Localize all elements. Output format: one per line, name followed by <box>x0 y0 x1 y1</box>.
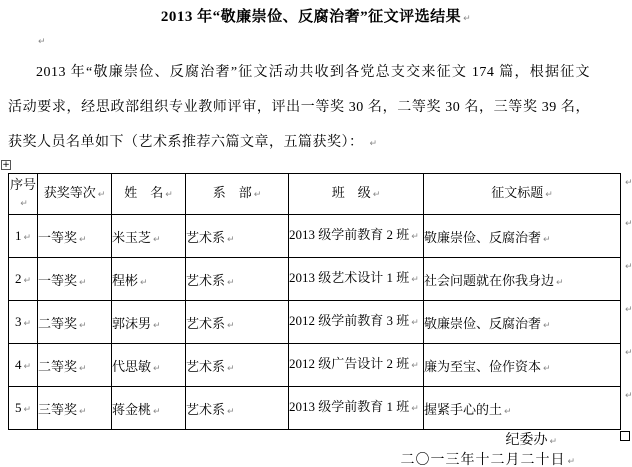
footer: 纪委办↵ 二〇一三年十二月二十日↵ <box>0 432 632 467</box>
cell-end-mark: ↵ <box>79 321 87 331</box>
cell-text: 二等奖 <box>38 359 77 374</box>
cell-text: 2013 级艺术设计 1 班 <box>289 270 409 285</box>
cell-seq: 5↵ <box>9 387 38 430</box>
table-header-row: 序号↵ 获奖等次↵ 姓 名↵ 系 部↵ 班 级↵ 征文标题↵ <box>9 174 621 215</box>
cell-essay-title: 握紧手心的土↵ <box>424 387 621 430</box>
header-cell-seq: 序号↵ <box>9 174 38 215</box>
row-end-mark: ↵ <box>625 178 632 188</box>
paragraph-mark: ↵ <box>463 14 471 24</box>
cell-essay-title: 廉为至宝、俭作资本↵ <box>424 344 621 387</box>
cell-end-mark: ↵ <box>23 319 31 329</box>
cell-text: 米玉芝 <box>112 230 151 245</box>
cell-end-mark: ↵ <box>79 364 87 374</box>
cell-end-mark: ↵ <box>543 321 551 331</box>
document-page: 2013 年“敬廉崇俭、反腐治奢”征文评选结果↵ ↵ 2013 年“敬廉崇俭、反… <box>0 0 632 467</box>
cell-end-mark: ↵ <box>23 405 31 415</box>
cell-text: 二等奖 <box>38 316 77 331</box>
cell-end-mark: ↵ <box>23 362 31 372</box>
cell-name: 米玉芝↵ <box>112 215 186 258</box>
cell-end-mark: ↵ <box>153 364 161 374</box>
cell-text: 艺术系 <box>186 230 225 245</box>
cell-end-mark: ↵ <box>556 278 564 288</box>
row-end-mark: ↵ <box>625 305 632 315</box>
cell-seq: 1↵ <box>9 215 38 258</box>
paragraph-line-3: 获奖人员名单如下（艺术系推荐六篇文章，五篇获奖）： ↵ <box>8 125 590 160</box>
cell-end-mark: ↵ <box>79 407 87 417</box>
intro-paragraph: 2013 年“敬廉崇俭、反腐治奢”征文活动共收到各党总支交来征文 174 篇，根… <box>8 55 590 160</box>
cell-text: 2 <box>15 271 22 286</box>
cell-class: 2012 级学前教育 3 班↵ <box>289 301 424 344</box>
cell-text: 2012 级广告设计 2 班 <box>289 356 409 371</box>
cell-end-mark: ↵ <box>23 233 31 243</box>
table-row: 1↵一等奖↵米玉芝↵艺术系↵2013 级学前教育 2 班↵敬廉崇俭、反腐治奢↵ <box>9 215 621 258</box>
cell-text: 社会问题就在你我身边 <box>424 273 554 288</box>
paragraph-line-2: 活动要求，经思政部组织专业教师评审，评出一等奖 30 名，二等奖 30 名，三等… <box>8 90 590 125</box>
paragraph-mark: ↵ <box>370 139 378 149</box>
cell-text: 一等奖 <box>38 273 77 288</box>
cell-essay-title: 社会问题就在你我身边↵ <box>424 258 621 301</box>
results-table: 序号↵ 获奖等次↵ 姓 名↵ 系 部↵ 班 级↵ 征文标题↵ 1↵一等奖↵米玉芝… <box>8 173 621 430</box>
cell-text: 艺术系 <box>186 273 225 288</box>
cell-end-mark: ↵ <box>411 404 419 414</box>
table-resize-handle[interactable] <box>620 431 630 441</box>
paragraph-line-3-text: 获奖人员名单如下（艺术系推荐六篇文章，五篇获奖）： <box>8 135 364 150</box>
cell-text: 程彬 <box>112 273 138 288</box>
cell-essay-title: 敬廉崇俭、反腐治奢↵ <box>424 215 621 258</box>
cell-end-mark: ↵ <box>79 278 87 288</box>
cell-text: 1 <box>15 228 22 243</box>
cell-class: 2013 级艺术设计 1 班↵ <box>289 258 424 301</box>
cell-end-mark: ↵ <box>153 407 161 417</box>
table-move-handle-icon[interactable]: + <box>1 160 11 170</box>
row-end-mark: ↵ <box>625 262 632 272</box>
cell-end-mark: ↵ <box>411 232 419 242</box>
cell-text: 郭沫男 <box>112 316 151 331</box>
row-end-mark: ↵ <box>625 391 632 401</box>
cell-department: 艺术系↵ <box>186 215 289 258</box>
cell-end-mark: ↵ <box>543 364 551 374</box>
document-title: 2013 年“敬廉崇俭、反腐治奢”征文评选结果↵ <box>0 0 632 29</box>
table-row: 5↵三等奖↵蒋金桃↵艺术系↵2013 级学前教育 1 班↵握紧手心的土↵ <box>9 387 621 430</box>
cell-text: 2013 级学前教育 1 班 <box>289 399 409 414</box>
table-row: 2↵一等奖↵程彬↵艺术系↵2013 级艺术设计 1 班↵社会问题就在你我身边↵ <box>9 258 621 301</box>
cell-end-mark: ↵ <box>227 278 235 288</box>
document-title-text: 2013 年“敬廉崇俭、反腐治奢”征文评选结果 <box>161 9 461 25</box>
cell-name: 程彬↵ <box>112 258 186 301</box>
results-table-container: + 序号↵ 获奖等次↵ 姓 名↵ 系 部↵ 班 级↵ 征文标题↵ 1↵一等奖↵米… <box>8 173 620 430</box>
cell-text: 2012 级学前教育 3 班 <box>289 313 409 328</box>
cell-end-mark: ↵ <box>165 190 173 200</box>
cell-end-mark: ↵ <box>504 407 512 417</box>
cell-end-mark: ↵ <box>227 364 235 374</box>
cell-class: 2013 级学前教育 1 班↵ <box>289 387 424 430</box>
signature-line: 纪委办↵ <box>0 432 557 451</box>
paragraph-mark: ↵ <box>549 437 557 447</box>
cell-end-mark: ↵ <box>227 321 235 331</box>
cell-text: 艺术系 <box>186 402 225 417</box>
cell-text: 3 <box>15 314 22 329</box>
row-end-mark: ↵ <box>625 219 632 229</box>
cell-name: 郭沫男↵ <box>112 301 186 344</box>
cell-text: 艺术系 <box>186 316 225 331</box>
cell-text: 艺术系 <box>186 359 225 374</box>
cell-end-mark: ↵ <box>227 235 235 245</box>
cell-end-mark: ↵ <box>20 199 28 209</box>
cell-department: 艺术系↵ <box>186 258 289 301</box>
cell-class: 2013 级学前教育 2 班↵ <box>289 215 424 258</box>
cell-department: 艺术系↵ <box>186 387 289 430</box>
cell-award-level: 一等奖↵ <box>38 215 112 258</box>
cell-end-mark: ↵ <box>411 361 419 371</box>
cell-end-mark: ↵ <box>227 407 235 417</box>
cell-end-mark: ↵ <box>373 190 381 200</box>
empty-paragraph: ↵ <box>0 29 632 55</box>
cell-seq: 2↵ <box>9 258 38 301</box>
cell-department: 艺术系↵ <box>186 301 289 344</box>
cell-text: 廉为至宝、俭作资本 <box>424 359 541 374</box>
cell-text: 4 <box>15 357 22 372</box>
cell-department: 艺术系↵ <box>186 344 289 387</box>
header-cell-department: 系 部↵ <box>186 174 289 215</box>
cell-name: 蒋金桃↵ <box>112 387 186 430</box>
table-row: 3↵二等奖↵郭沫男↵艺术系↵2012 级学前教育 3 班↵敬廉崇俭、反腐治奢↵ <box>9 301 621 344</box>
cell-text: 敬廉崇俭、反腐治奢 <box>424 316 541 331</box>
cell-award-level: 二等奖↵ <box>38 344 112 387</box>
paragraph-line-1: 2013 年“敬廉崇俭、反腐治奢”征文活动共收到各党总支交来征文 174 篇，根… <box>8 55 590 90</box>
cell-end-mark: ↵ <box>23 276 31 286</box>
cell-end-mark: ↵ <box>79 235 87 245</box>
paragraph-mark: ↵ <box>567 457 576 467</box>
cell-text: 一等奖 <box>38 230 77 245</box>
header-cell-essay-title: 征文标题↵ <box>424 174 621 215</box>
cell-end-mark: ↵ <box>153 321 161 331</box>
cell-end-mark: ↵ <box>411 318 419 328</box>
row-end-mark: ↵ <box>625 348 632 358</box>
cell-end-mark: ↵ <box>254 190 262 200</box>
paragraph-mark: ↵ <box>38 37 46 47</box>
cell-end-mark: ↵ <box>543 235 551 245</box>
cell-end-mark: ↵ <box>153 235 161 245</box>
cell-text: 2013 级学前教育 2 班 <box>289 227 409 242</box>
cell-essay-title: 敬廉崇俭、反腐治奢↵ <box>424 301 621 344</box>
cell-text: 敬廉崇俭、反腐治奢 <box>424 230 541 245</box>
cell-text: 蒋金桃 <box>112 402 151 417</box>
cell-award-level: 三等奖↵ <box>38 387 112 430</box>
cell-name: 代思敏↵ <box>112 344 186 387</box>
cell-class: 2012 级广告设计 2 班↵ <box>289 344 424 387</box>
date-text: 二〇一三年十二月二十日 <box>400 453 565 467</box>
table-row: 4↵二等奖↵代思敏↵艺术系↵2012 级广告设计 2 班↵廉为至宝、俭作资本↵ <box>9 344 621 387</box>
cell-text: 5 <box>15 400 22 415</box>
cell-end-mark: ↵ <box>140 278 148 288</box>
cell-text: 代思敏 <box>112 359 151 374</box>
cell-text: 三等奖 <box>38 402 77 417</box>
cell-award-level: 二等奖↵ <box>38 301 112 344</box>
header-cell-name: 姓 名↵ <box>112 174 186 215</box>
header-cell-class: 班 级↵ <box>289 174 424 215</box>
cell-seq: 4↵ <box>9 344 38 387</box>
date-line: 二〇一三年十二月二十日↵ <box>0 451 576 467</box>
cell-end-mark: ↵ <box>411 275 419 285</box>
cell-end-mark: ↵ <box>98 190 106 200</box>
header-cell-award-level: 获奖等次↵ <box>38 174 112 215</box>
cell-text: 握紧手心的土 <box>424 402 502 417</box>
results-table-body: 1↵一等奖↵米玉芝↵艺术系↵2013 级学前教育 2 班↵敬廉崇俭、反腐治奢↵2… <box>9 215 621 430</box>
cell-seq: 3↵ <box>9 301 38 344</box>
signature-text: 纪委办 <box>505 433 547 448</box>
cell-award-level: 一等奖↵ <box>38 258 112 301</box>
cell-end-mark: ↵ <box>545 190 553 200</box>
